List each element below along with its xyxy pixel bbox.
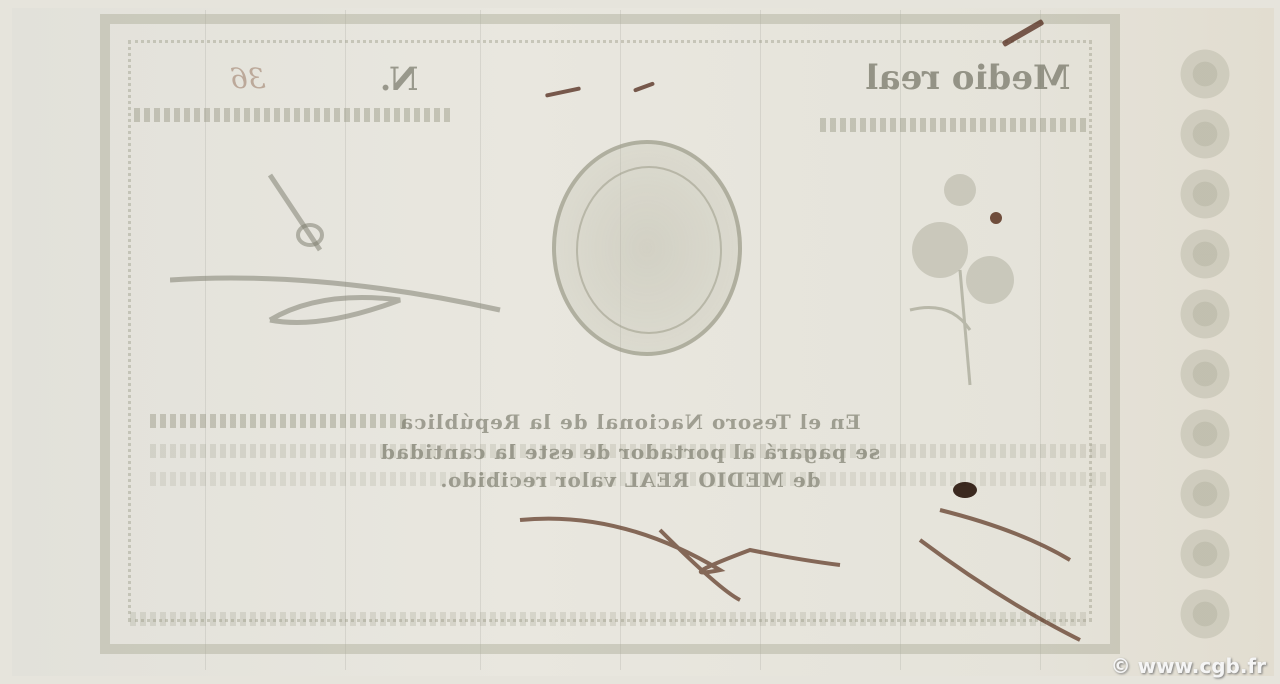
- seal-figure: [576, 166, 722, 334]
- banknote-scan: Medio real N. 36 En el Tesoro Nacional d…: [0, 0, 1280, 684]
- cgb-watermark: © www.cgb.fr: [1111, 654, 1266, 678]
- body-text-line-2: se pagará al portador de este la cantida…: [150, 440, 1110, 464]
- handwritten-signature: [500, 480, 1100, 650]
- serial-number: 36: [230, 62, 266, 95]
- body-text-line-1: En el Tesoro Nacional de la República: [150, 410, 1110, 434]
- republic-seal: [552, 140, 742, 356]
- number-label: N.: [380, 60, 418, 98]
- printed-signature-flourish: [170, 170, 510, 330]
- flower-bouquet-vignette: [870, 150, 1060, 390]
- denomination-title: Medio real: [848, 58, 1088, 98]
- ornament-band: [134, 108, 454, 122]
- ornament-band: [820, 118, 1090, 132]
- ink-dot: [990, 212, 1002, 224]
- rosette-strip: [1155, 45, 1255, 645]
